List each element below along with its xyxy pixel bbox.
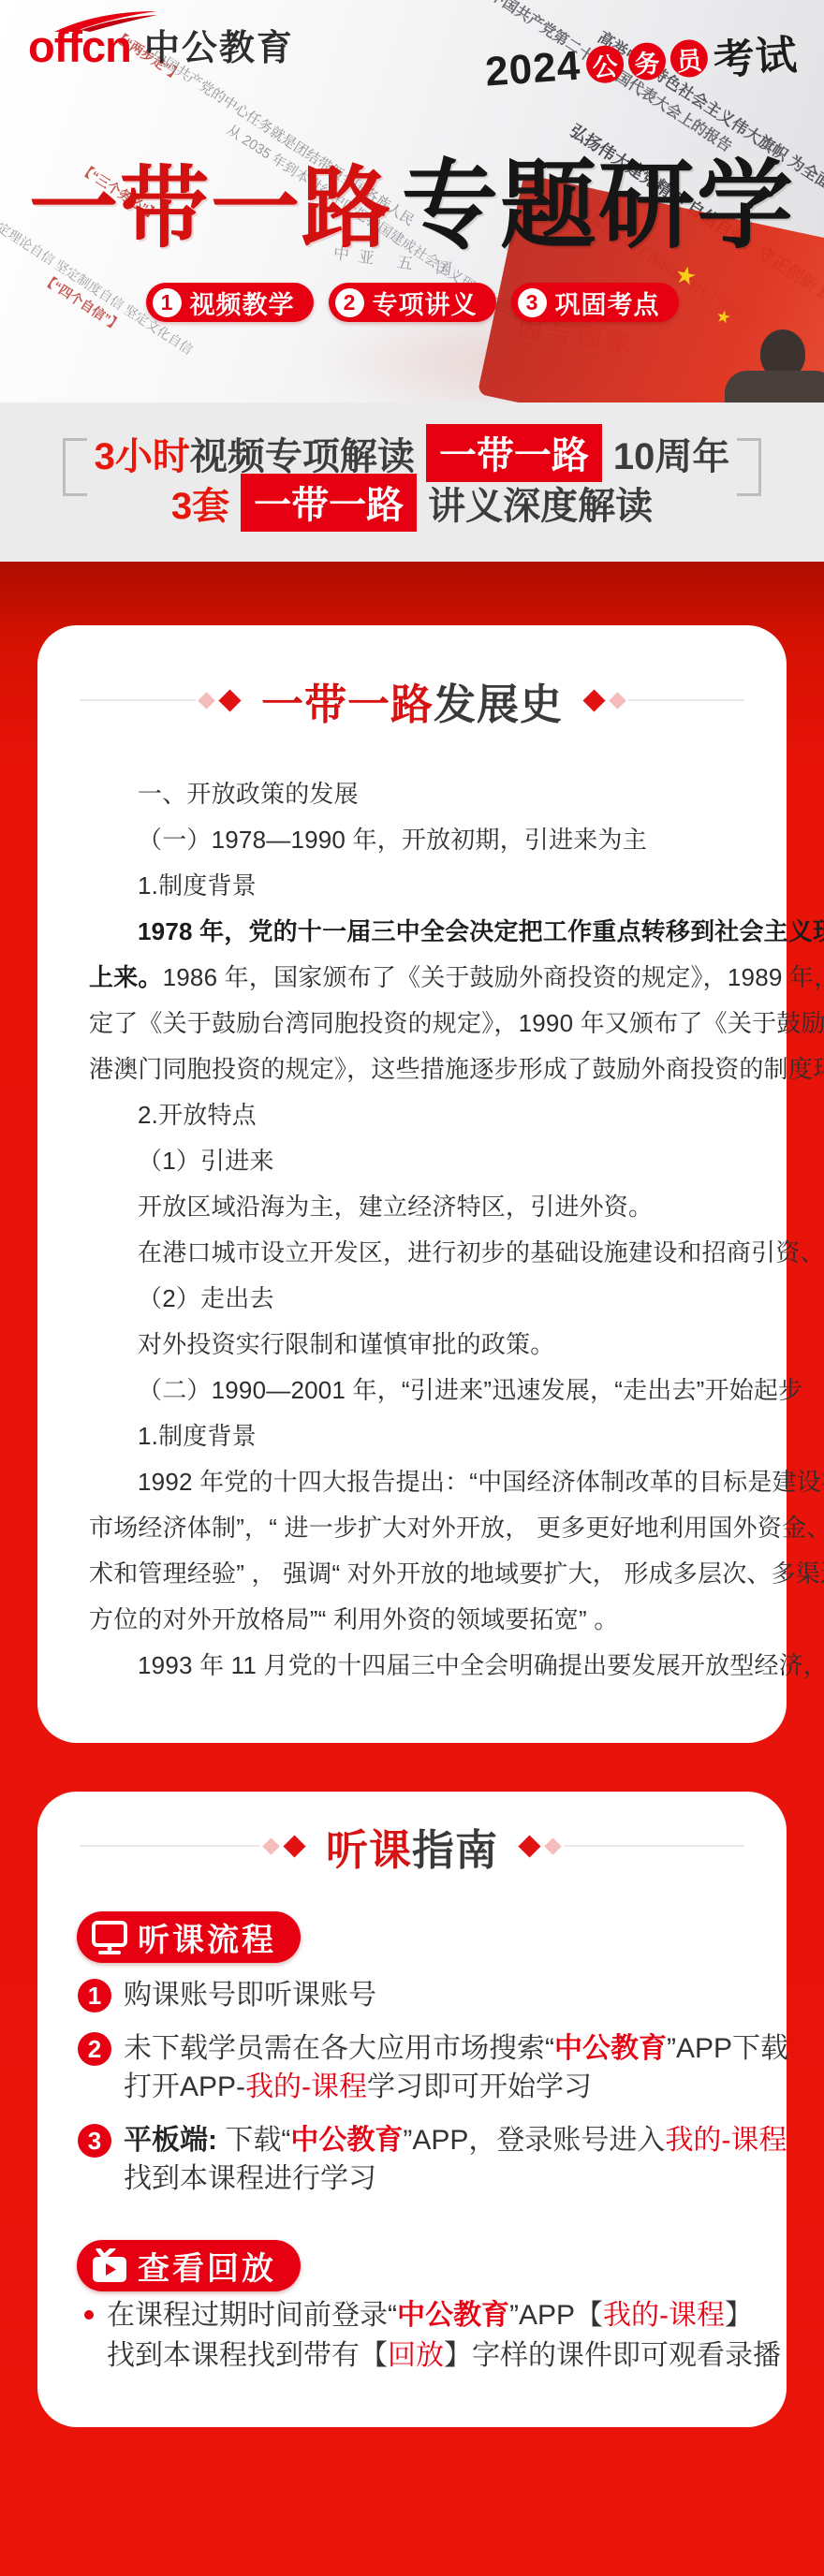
doc-line: （二）1990—2001 年，“引进来”迅速发展，“走出去”开始起步 bbox=[89, 1368, 740, 1413]
text-segment: 10周年 bbox=[613, 427, 730, 480]
feature-pill-number: 3 bbox=[518, 288, 547, 317]
step-line: 找到本课程进行学习 bbox=[124, 2159, 787, 2198]
text-segment: 3小时 bbox=[95, 427, 190, 480]
text-segment: 定了《关于鼓励台湾同胞投资的规定》，1990 年又颁布了《关于鼓励华侨和香 bbox=[89, 1009, 824, 1037]
step-number-badge: 2 bbox=[78, 2032, 111, 2066]
diamond-icon bbox=[582, 689, 605, 711]
text-segment: （1）引进来 bbox=[138, 1147, 274, 1175]
doc-line: 1.制度背景 bbox=[89, 863, 740, 909]
text-segment: （二）1990—2001 年，“引进来”迅速发展，“走出去”开始起步 bbox=[138, 1376, 802, 1404]
diamond-icon bbox=[198, 692, 214, 709]
text-segment: 视频专项解读 bbox=[190, 427, 415, 480]
text-segment: 找到本课程找到带有【 bbox=[107, 2340, 388, 2371]
doc-line: 港澳门同胞投资的规定》，这些措施逐步形成了鼓励外商投资的制度环境。 bbox=[89, 1046, 740, 1092]
doc-line: 上来。1986 年，国家颁布了《关于鼓励外商投资的规定》，1989 年，国家制 bbox=[89, 955, 740, 1001]
doc-line: （一）1978—1990 年，开放初期，引进来为主 bbox=[89, 817, 740, 863]
text-segment: 购课账号即听课账号 bbox=[124, 1980, 376, 2011]
text-segment: 平板端: bbox=[124, 2125, 217, 2156]
doc-line: （2）走出去 bbox=[89, 1276, 740, 1322]
text-segment: 一、开放政策的发展 bbox=[138, 780, 359, 808]
text-segment: 开放区域沿海为主，建立经济特区，引进外资。 bbox=[138, 1193, 653, 1221]
step-number-badge: 1 bbox=[78, 1979, 111, 2012]
course-flow-pill-label: 听课流程 bbox=[138, 1914, 276, 1960]
banner-line-2: 3套一带一路讲义深度解读 bbox=[0, 474, 824, 532]
text-segment: 中公教育 bbox=[290, 2125, 403, 2156]
text-segment: 2.开放特点 bbox=[138, 1101, 257, 1129]
text-segment: 找到本课程进行学习 bbox=[124, 2163, 376, 2194]
diamond-icon bbox=[518, 1835, 540, 1857]
feature-pill-label: 巩固考点 bbox=[555, 285, 660, 321]
text-segment: 一带一路 bbox=[241, 474, 417, 532]
logo-swoosh-icon bbox=[52, 9, 165, 34]
doc-line: 开放区域沿海为主，建立经济特区，引进外资。 bbox=[89, 1184, 740, 1230]
text-segment: 在港口城市设立开发区，进行初步的基础设施建设和招商引资、产业开发。 bbox=[138, 1238, 824, 1266]
text-segment: ”APP【 bbox=[509, 2300, 603, 2331]
diamond-icon bbox=[218, 689, 241, 711]
exam-circle-char: 员 bbox=[669, 38, 710, 79]
text-segment: 】 bbox=[725, 2300, 753, 2331]
text-segment: 下载“ bbox=[217, 2125, 290, 2156]
heading-line-left bbox=[80, 699, 196, 701]
doc-line: （1）引进来 bbox=[89, 1138, 740, 1184]
text-segment: 1978 年，党的十一届三中全会决定把工作重点转移到社会主义现代化建设 bbox=[138, 917, 824, 945]
text-segment: （2）走出去 bbox=[138, 1284, 274, 1312]
presenter-body bbox=[725, 371, 824, 402]
doc-line: 1978 年，党的十一届三中全会决定把工作重点转移到社会主义现代化建设 bbox=[89, 909, 740, 955]
replay-pill-label: 查看回放 bbox=[138, 2243, 276, 2289]
logo-mark: offcn bbox=[28, 24, 131, 68]
history-heading-dark: 发展史 bbox=[434, 670, 563, 731]
hero-top-bar: offcn 中公教育 2024 公务员 考试 bbox=[0, 0, 824, 103]
text-segment: 学习即可开始学习 bbox=[367, 2071, 592, 2102]
doc-line: 1993 年 11 月党的十四届三中全会明确提出要发展开放型经济， 进一步强 bbox=[89, 1643, 740, 1689]
exam-suffix: 考试 bbox=[712, 21, 800, 86]
feature-pill: 2专项讲义 bbox=[329, 283, 496, 322]
text-segment: 未下载学员需在各大应用市场搜索“ bbox=[124, 2033, 554, 2064]
text-segment: 方位的对外开放格局”“ 利用外资的领域要拓宽” 。 bbox=[89, 1605, 618, 1633]
hero-header: 【“两步走”】【“三个务必”】【“四个自信”】坚定理论自信 坚定制度自信 坚定文… bbox=[0, 0, 824, 402]
text-segment: 3套 bbox=[171, 476, 229, 530]
guide-card-heading: 听课 指南 bbox=[80, 1820, 744, 1872]
course-step: 2未下载学员需在各大应用市场搜索“中公教育”APP下载打开APP-我的-课程学习… bbox=[78, 2029, 749, 2106]
text-segment: 1993 年 11 月党的十四届三中全会明确提出要发展开放型经济， 进一步强 bbox=[138, 1651, 824, 1679]
doc-line: 定了《关于鼓励台湾同胞投资的规定》，1990 年又颁布了《关于鼓励华侨和香 bbox=[89, 1001, 740, 1046]
diamond-icon bbox=[262, 1837, 279, 1854]
guide-heading-red: 听课 bbox=[326, 1816, 412, 1877]
history-card-heading: 一带一路 发展史 bbox=[80, 674, 744, 726]
doc-line: 2.开放特点 bbox=[89, 1092, 740, 1138]
doc-line: 市场经济体制”，“ 进一步扩大对外开放， 更多更好地利用国外资金、资源、技 bbox=[89, 1505, 740, 1551]
doc-line: 方位的对外开放格局”“ 利用外资的领域要拓宽” 。 bbox=[89, 1597, 740, 1643]
history-card: 一带一路 发展史 一、开放政策的发展（一）1978—1990 年，开放初期，引进… bbox=[37, 625, 787, 1743]
tv-play-icon bbox=[91, 2248, 128, 2284]
step-text: 未下载学员需在各大应用市场搜索“中公教育”APP下载打开APP-我的-课程学习即… bbox=[124, 2029, 788, 2106]
text-segment: 中公教育 bbox=[397, 2300, 509, 2331]
feature-pill-number: 1 bbox=[153, 288, 182, 317]
text-segment: 我的-课程 bbox=[665, 2125, 787, 2156]
promo-banner: 3小时视频专项解读一带一路10周年 3套一带一路讲义深度解读 bbox=[0, 402, 824, 562]
monitor-icon bbox=[91, 1920, 128, 1955]
step-line: 购课账号即听课账号 bbox=[124, 1976, 376, 2014]
replay-line: 在课程过期时间前登录“中公教育”APP【我的-课程】 bbox=[107, 2295, 781, 2335]
feature-pills: 1视频教学2专项讲义3巩固考点 bbox=[0, 283, 824, 322]
text-segment: 讲义深度解读 bbox=[428, 476, 653, 530]
exam-badge: 2024 公务员 考试 bbox=[483, 21, 800, 102]
guide-card: 听课 指南 听课流程 1购课账号即听课账号2未下载学员需在各大应用市场搜索“中公… bbox=[37, 1792, 787, 2427]
text-segment: 1.制度背景 bbox=[138, 1422, 257, 1450]
text-segment: 在课程过期时间前登录“ bbox=[107, 2300, 397, 2331]
text-segment: （一）1978—1990 年，开放初期，引进来为主 bbox=[138, 826, 647, 854]
page-title: 一带一路专题研学 bbox=[0, 157, 824, 254]
doc-lines: 一、开放政策的发展（一）1978—1990 年，开放初期，引进来为主1.制度背景… bbox=[89, 771, 740, 1689]
red-body: 一带一路 发展史 一、开放政策的发展（一）1978—1990 年，开放初期，引进… bbox=[0, 562, 824, 2576]
heading-line-right bbox=[564, 1845, 744, 1847]
feature-pill-label: 视频教学 bbox=[190, 285, 295, 321]
page-title-red: 一带一路 bbox=[29, 159, 392, 258]
replay-pill: 查看回放 bbox=[77, 2240, 301, 2291]
step-text: 购课账号即听课账号 bbox=[124, 1976, 376, 2014]
text-segment: ”APP，登录账号进入 bbox=[403, 2125, 665, 2156]
guide-heading-dark: 指南 bbox=[412, 1816, 498, 1877]
exam-year: 2024 bbox=[484, 43, 582, 96]
text-segment: 港澳门同胞投资的规定》，这些措施逐步形成了鼓励外商投资的制度环境。 bbox=[89, 1055, 824, 1083]
exam-circle-char: 公 bbox=[585, 44, 625, 84]
feature-pill-label: 专项讲义 bbox=[373, 285, 478, 321]
text-segment: 1.制度背景 bbox=[138, 871, 257, 900]
doc-line: 一、开放政策的发展 bbox=[89, 771, 740, 817]
text-segment: 术和管理经验” ， 强调“ 对外开放的地域要扩大， 形成多层次、多渠道、全 bbox=[89, 1559, 824, 1588]
step-text: 平板端: 下载“中公教育”APP，登录账号进入我的-课程找到本课程进行学习 bbox=[124, 2121, 787, 2198]
replay-line: 找到本课程找到带有【回放】字样的课件即可观看录播 bbox=[107, 2335, 781, 2376]
diamond-icon bbox=[283, 1835, 305, 1857]
feature-pill-number: 2 bbox=[335, 288, 364, 317]
doc-line: 1.制度背景 bbox=[89, 1413, 740, 1459]
page-title-dark: 专题研学 bbox=[402, 152, 795, 259]
diamond-icon bbox=[609, 692, 625, 709]
presenter-silhouette bbox=[725, 329, 824, 402]
text-segment: 市场经济体制”，“ 进一步扩大对外开放， 更多更好地利用国外资金、资源、技 bbox=[89, 1514, 824, 1542]
heading-line-right bbox=[628, 699, 744, 701]
exam-circles: 公务员 bbox=[585, 38, 709, 84]
bullet-dot-icon bbox=[84, 2310, 94, 2320]
doc-line: 术和管理经验” ， 强调“ 对外开放的地域要扩大， 形成多层次、多渠道、全 bbox=[89, 1551, 740, 1597]
course-step: 1购课账号即听课账号 bbox=[78, 1976, 749, 2014]
text-segment: 回放 bbox=[388, 2340, 444, 2371]
heading-line-left bbox=[80, 1845, 260, 1847]
text-segment: 1986 年，国家颁布了《关于鼓励外商投资的规定》，1989 年，国家制 bbox=[163, 963, 824, 991]
diamond-icon bbox=[544, 1837, 561, 1854]
feature-pill: 3巩固考点 bbox=[511, 283, 679, 322]
course-steps: 1购课账号即听课账号2未下载学员需在各大应用市场搜索“中公教育”APP下载打开A… bbox=[78, 1976, 749, 2213]
text-segment: 我的-课程 bbox=[603, 2300, 725, 2331]
offcn-logo: offcn 中公教育 bbox=[28, 24, 294, 68]
replay-lines: 在课程过期时间前登录“中公教育”APP【我的-课程】找到本课程找到带有【回放】字… bbox=[107, 2295, 781, 2376]
step-line: 打开APP-我的-课程学习即可开始学习 bbox=[124, 2068, 788, 2106]
step-line: 平板端: 下载“中公教育”APP，登录账号进入我的-课程 bbox=[124, 2121, 787, 2159]
text-segment: ”APP下载 bbox=[667, 2033, 788, 2064]
exam-circle-char: 务 bbox=[627, 41, 668, 81]
feature-pill: 1视频教学 bbox=[146, 283, 314, 322]
course-step: 3平板端: 下载“中公教育”APP，登录账号进入我的-课程找到本课程进行学习 bbox=[78, 2121, 749, 2198]
text-segment: 】字样的课件即可观看录播 bbox=[444, 2340, 781, 2371]
course-flow-pill: 听课流程 bbox=[77, 1911, 301, 1963]
doc-line: 在港口城市设立开发区，进行初步的基础设施建设和招商引资、产业开发。 bbox=[89, 1230, 740, 1276]
doc-line: 对外投资实行限制和谨慎审批的政策。 bbox=[89, 1322, 740, 1368]
logo-company-name: 中公教育 bbox=[144, 31, 294, 68]
step-number-badge: 3 bbox=[78, 2124, 111, 2158]
history-heading-red: 一带一路 bbox=[261, 670, 434, 731]
replay-note: 在课程过期时间前登录“中公教育”APP【我的-课程】找到本课程找到带有【回放】字… bbox=[84, 2295, 749, 2376]
text-segment: 上来。 bbox=[89, 963, 163, 991]
text-segment: 对外投资实行限制和谨慎审批的政策。 bbox=[138, 1330, 554, 1358]
promo-page: 【“两步走”】【“三个务必”】【“四个自信”】坚定理论自信 坚定制度自信 坚定文… bbox=[0, 0, 824, 2576]
text-segment: 打开APP- bbox=[124, 2071, 245, 2102]
text-segment: 中公教育 bbox=[554, 2033, 667, 2064]
text-segment: 1992 年党的十四大报告提出：“中国经济体制改革的目标是建设社会主义 bbox=[138, 1468, 824, 1496]
text-segment: 我的-课程 bbox=[245, 2071, 367, 2102]
step-line: 未下载学员需在各大应用市场搜索“中公教育”APP下载 bbox=[124, 2029, 788, 2068]
doc-line: 1992 年党的十四大报告提出：“中国经济体制改革的目标是建设社会主义 bbox=[89, 1459, 740, 1505]
